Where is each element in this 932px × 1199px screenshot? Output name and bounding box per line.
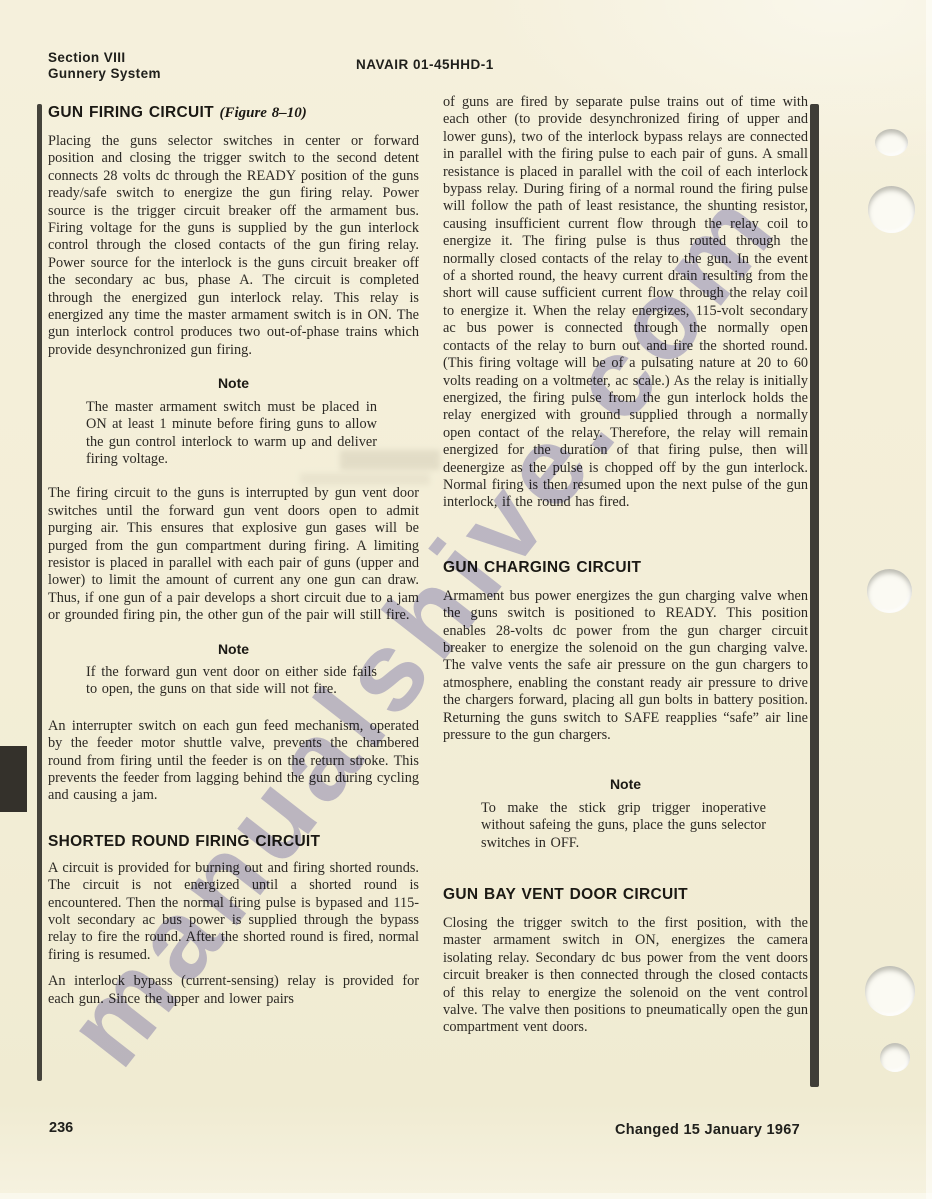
- binder-tab: [0, 746, 27, 812]
- paragraph-gun-bay-vent-door: Closing the trigger switch to the first …: [443, 915, 808, 1037]
- note-block-stick-grip: Note To make the stick grip trigger inop…: [443, 776, 808, 852]
- paragraph-vent-door-interrupt: The firing circuit to the guns is interr…: [48, 485, 419, 624]
- left-column-rule: [37, 104, 42, 1081]
- note-label: Note: [48, 641, 419, 658]
- paragraph-gun-charging: Armament bus power energizes the gun cha…: [443, 588, 808, 745]
- note-label: Note: [443, 776, 808, 793]
- punch-hole: [868, 186, 915, 233]
- note-block-vent-door: Note If the forward gun vent door on eit…: [48, 641, 419, 699]
- figure-reference: (Figure 8–10): [219, 105, 306, 121]
- heading-gun-firing-circuit-text: GUN FIRING CIRCUIT: [48, 104, 214, 121]
- paragraph-interrupter-switch: An interrupter switch on each gun feed m…: [48, 718, 419, 805]
- doc-number: NAVAIR 01-45HHD-1: [356, 57, 494, 72]
- note-text: If the forward gun vent door on either s…: [86, 664, 377, 699]
- heading-shorted-round-firing-circuit: SHORTED ROUND FIRING CIRCUIT: [48, 832, 419, 851]
- heading-gun-firing-circuit: GUN FIRING CIRCUIT (Figure 8–10): [48, 103, 419, 123]
- punch-hole: [880, 1043, 910, 1072]
- page-header-section: Section VIII Gunnery System: [48, 50, 161, 82]
- heading-gun-charging-circuit: GUN CHARGING CIRCUIT: [443, 558, 808, 577]
- page-edge: [0, 1193, 932, 1199]
- right-column: of guns are fired by separate pulse trai…: [443, 94, 808, 1037]
- note-label: Note: [48, 375, 419, 392]
- section-number: Section VIII: [48, 50, 161, 66]
- note-text: To make the stick grip trigger inoperati…: [481, 800, 766, 852]
- paragraph-shorted-round-1: A circuit is provided for burning out an…: [48, 860, 419, 964]
- scanned-manual-page: Section VIII Gunnery System NAVAIR 01-45…: [0, 0, 932, 1199]
- paragraph-shorted-round-continued: of guns are fired by separate pulse trai…: [443, 94, 808, 512]
- note-block-master-armament: Note The master armament switch must be …: [48, 375, 419, 468]
- change-bar: [810, 104, 819, 1087]
- page-number: 236: [49, 1120, 73, 1136]
- paragraph-gun-firing-1: Placing the guns selector switches in ce…: [48, 133, 419, 359]
- paragraph-shorted-round-2: An interlock bypass (current-sensing) re…: [48, 973, 419, 1008]
- punch-hole: [875, 129, 908, 156]
- heading-gun-bay-vent-door-circuit: GUN BAY VENT DOOR CIRCUIT: [443, 885, 808, 904]
- left-column: GUN FIRING CIRCUIT (Figure 8–10) Placing…: [48, 103, 419, 1008]
- change-notice: Changed 15 January 1967: [615, 1122, 800, 1138]
- punch-hole: [865, 966, 915, 1016]
- page-edge: [926, 0, 932, 1199]
- punch-hole: [867, 569, 912, 613]
- section-title: Gunnery System: [48, 66, 161, 82]
- note-text: The master armament switch must be place…: [86, 399, 377, 469]
